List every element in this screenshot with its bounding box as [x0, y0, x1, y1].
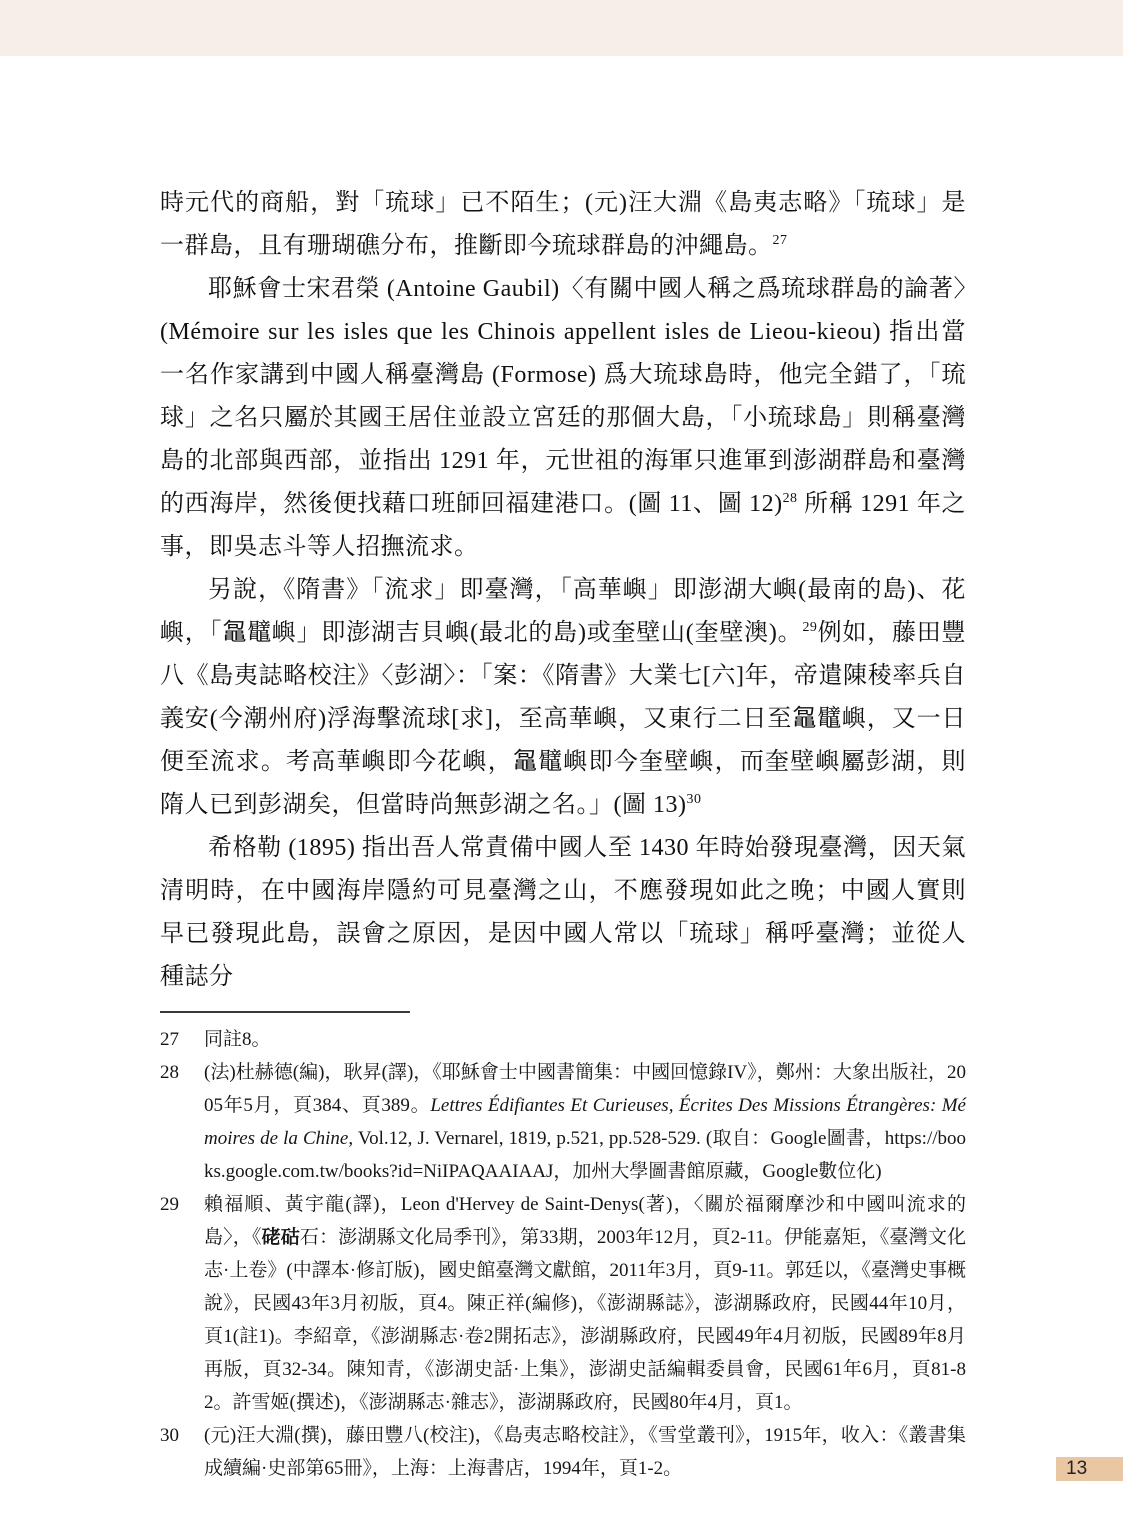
footnote-number: 28 — [160, 1056, 204, 1188]
footnote-text: 賴福順、黃宇龍(譯)，Leon d'Hervey de Saint-Denys(… — [204, 1188, 966, 1419]
footnote: 30 (元)汪大淵(撰)，藤田豐八(校注)，《島夷志略校註》，《雪堂叢刊》，19… — [160, 1419, 966, 1485]
footnote-number: 30 — [160, 1419, 204, 1485]
book-page: 時元代的商船，對「琉球」已不陌生；(元)汪大淵《島夷志略》「琉球」是一群島，且有… — [0, 0, 1123, 1536]
footnotes-section: 27 同註8。 28 (法)杜赫德(編)，耿昇(譯)，《耶穌會士中國書簡集：中國… — [160, 1011, 966, 1485]
footnote: 27 同註8。 — [160, 1023, 966, 1056]
footnote-text: 同註8。 — [204, 1023, 966, 1056]
footnote: 28 (法)杜赫德(編)，耿昇(譯)，《耶穌會士中國書簡集：中國回憶錄IV》，鄭… — [160, 1056, 966, 1188]
footnote-text: (元)汪大淵(撰)，藤田豐八(校注)，《島夷志略校註》，《雪堂叢刊》，1915年… — [204, 1419, 966, 1485]
footnote-separator — [160, 1011, 410, 1013]
top-margin-band — [0, 0, 1123, 56]
footnote-text: (法)杜赫德(編)，耿昇(譯)，《耶穌會士中國書簡集：中國回憶錄IV》，鄭州：大… — [204, 1056, 966, 1188]
footnote-number: 27 — [160, 1023, 204, 1056]
page-number-tab: 13 — [1056, 1457, 1123, 1481]
page-content: 時元代的商船，對「琉球」已不陌生；(元)汪大淵《島夷志略》「琉球」是一群島，且有… — [160, 182, 966, 1485]
body-paragraph: 另說，《隋書》「流求」即臺灣，「高華嶼」即澎湖大嶼(最南的島)、花嶼，「𪓟鼊嶼」… — [160, 569, 966, 827]
body-paragraph: 希格勒 (1895) 指出吾人常責備中國人至 1430 年時始發現臺灣，因天氣清… — [160, 827, 966, 999]
body-paragraph: 耶穌會士宋君榮 (Antoine Gaubil)〈有關中國人稱之爲琉球群島的論著… — [160, 268, 966, 569]
footnote-number: 29 — [160, 1188, 204, 1419]
footnote: 29 賴福順、黃宇龍(譯)，Leon d'Hervey de Saint-Den… — [160, 1188, 966, 1419]
page-number: 13 — [1066, 1458, 1087, 1480]
body-text: 時元代的商船，對「琉球」已不陌生；(元)汪大淵《島夷志略》「琉球」是一群島，且有… — [160, 182, 966, 999]
body-paragraph: 時元代的商船，對「琉球」已不陌生；(元)汪大淵《島夷志略》「琉球」是一群島，且有… — [160, 182, 966, 268]
